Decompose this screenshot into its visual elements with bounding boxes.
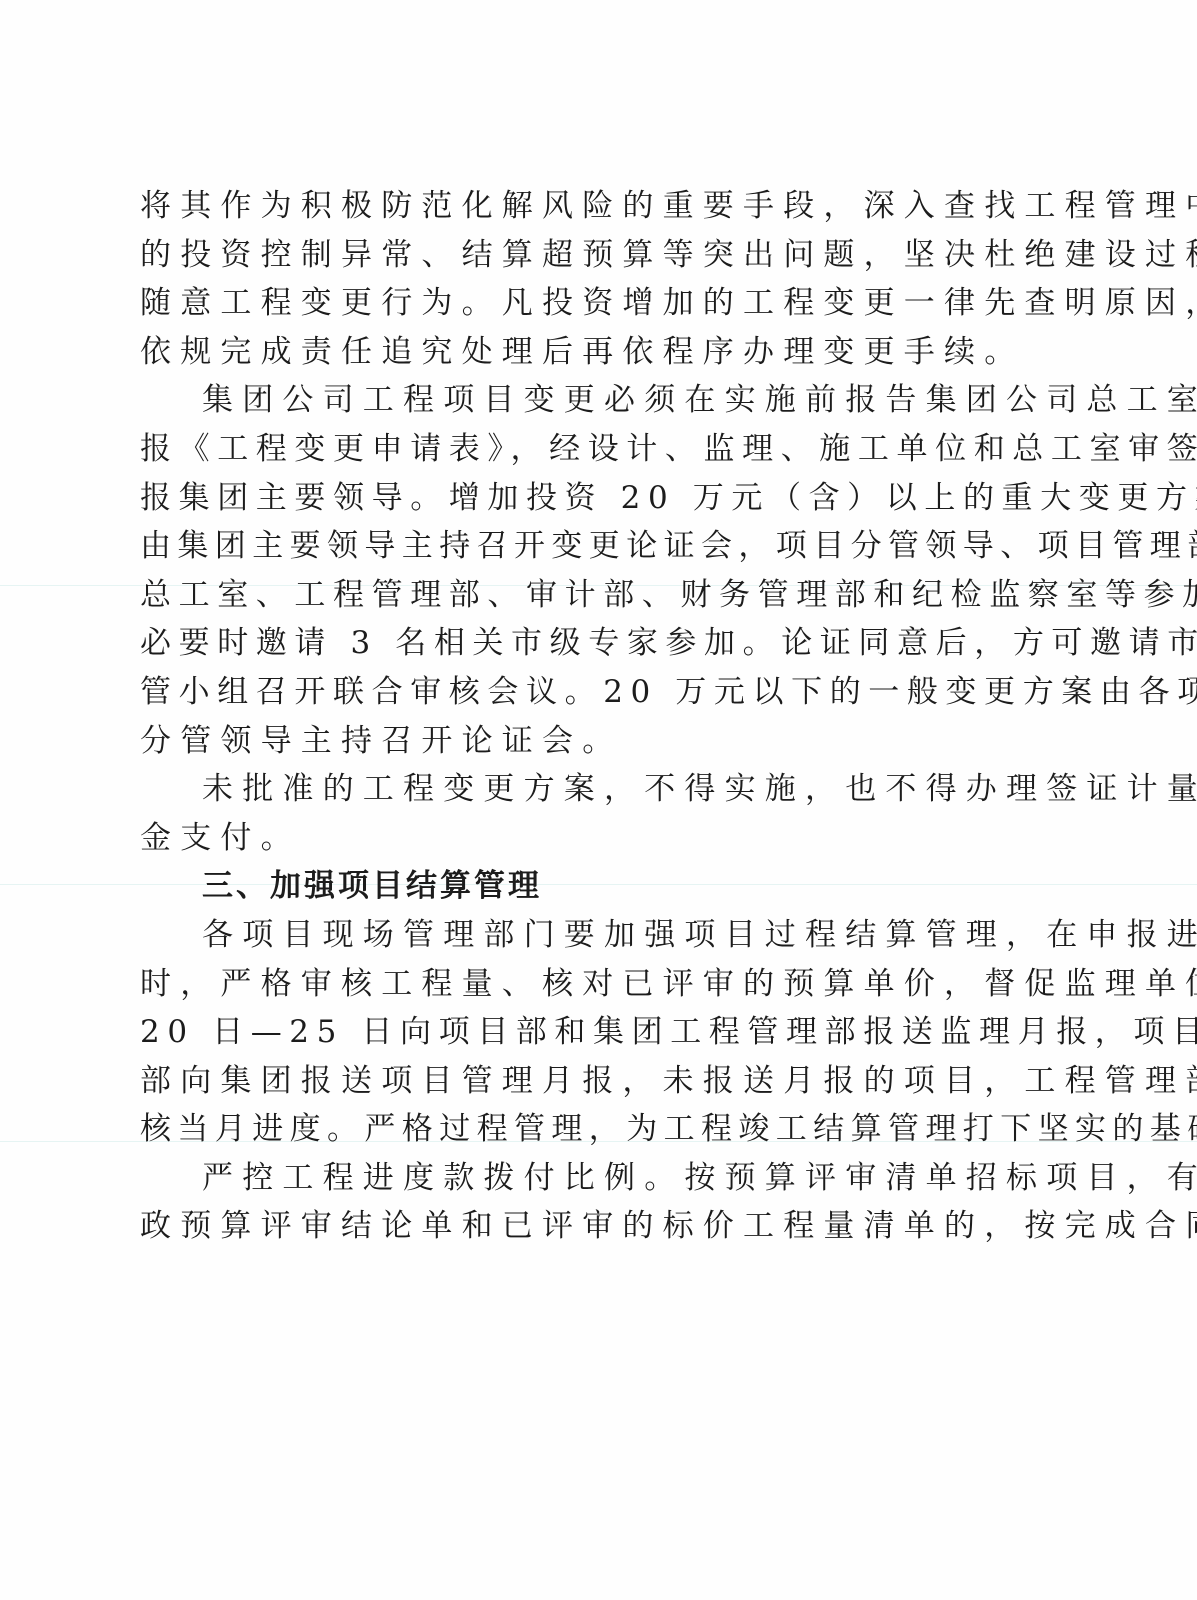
paragraph-process-settlement: 各项目现场管理部门要加强项目过程结算管理，在申报进度款 时，严格审核工程量、核对… [140,911,1052,1154]
text-line: 各项目现场管理部门要加强项目过程结算管理，在申报进度款 [140,911,1052,960]
text-line: 未批准的工程变更方案，不得实施，也不得办理签证计量和资 [140,765,1052,814]
paragraph-change-approval: 集团公司工程项目变更必须在实施前报告集团公司总工室，填 报《工程变更申请表》，经… [140,376,1052,765]
scanned-document-page: 将其作为积极防范化解风险的重要手段，深入查找工程管理中出现 的投资控制异常、结算… [0,0,1197,1600]
text-line: 分管领导主持召开论证会。 [140,717,1052,766]
text-line: 时，严格审核工程量、核对已评审的预算单价，督促监理单位每月 [140,960,1052,1009]
text-line: 严控工程进度款拨付比例。按预算评审清单招标项目，有市财 [140,1154,1052,1203]
paragraph-unapproved-changes: 未批准的工程变更方案，不得实施，也不得办理签证计量和资 金支付。 [140,765,1052,862]
text-line: 集团公司工程项目变更必须在实施前报告集团公司总工室，填 [140,376,1052,425]
text-line: 部向集团报送项目管理月报，未报送月报的项目，工程管理部不审 [140,1057,1052,1106]
section-heading: 三、加强项目结算管理 [140,862,1052,911]
text-line: 政预算评审结论单和已评审的标价工程量清单的，按完成合同内工 [140,1202,1052,1251]
text-line: 由集团主要领导主持召开变更论证会，项目分管领导、项目管理部、 [140,522,1052,571]
text-line: 报《工程变更申请表》，经设计、监理、施工单位和总工室审签后 [140,425,1052,474]
paragraph-continuation: 将其作为积极防范化解风险的重要手段，深入查找工程管理中出现 的投资控制异常、结算… [140,182,1052,376]
text-line: 必要时邀请 3 名相关市级专家参加。论证同意后，方可邀请市级监 [140,619,1052,668]
document-body: 将其作为积极防范化解风险的重要手段，深入查找工程管理中出现 的投资控制异常、结算… [140,182,1052,1251]
text-line: 20 日—25 日向项目部和集团工程管理部报送监理月报，项目管理 [140,1008,1052,1057]
text-line: 依规完成责任追究处理后再依程序办理变更手续。 [140,328,1052,377]
text-line: 金支付。 [140,814,1052,863]
text-line: 的投资控制异常、结算超预算等突出问题，坚决杜绝建设过程中的 [140,231,1052,280]
text-line: 管小组召开联合审核会议。20 万元以下的一般变更方案由各项目 [140,668,1052,717]
text-line: 总工室、工程管理部、审计部、财务管理部和纪检监察室等参加， [140,571,1052,620]
paragraph-progress-payment: 严控工程进度款拨付比例。按预算评审清单招标项目，有市财 政预算评审结论单和已评审… [140,1154,1052,1251]
section-heading-text: 三、加强项目结算管理 [140,862,1052,911]
text-line: 随意工程变更行为。凡投资增加的工程变更一律先查明原因，依法 [140,279,1052,328]
text-line: 将其作为积极防范化解风险的重要手段，深入查找工程管理中出现 [140,182,1052,231]
text-line: 核当月进度。严格过程管理，为工程竣工结算管理打下坚实的基础。 [140,1105,1052,1154]
text-line: 报集团主要领导。增加投资 20 万元（含）以上的重大变更方案， [140,474,1052,523]
